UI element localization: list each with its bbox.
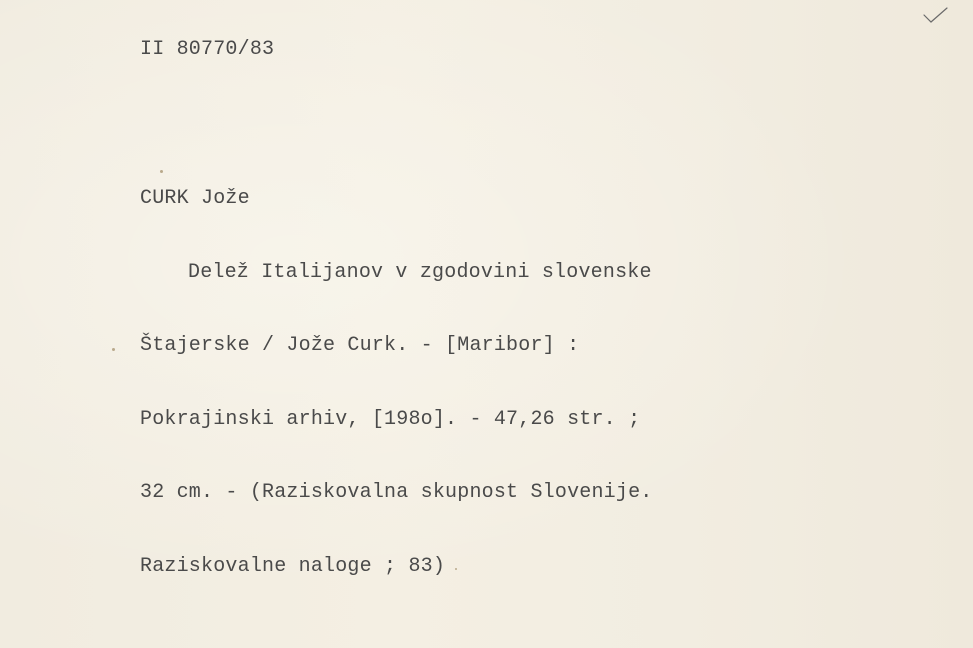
author-heading: CURK Jože bbox=[140, 187, 652, 212]
publication-line: Pokrajinski arhiv, [198o]. - 47,26 str. … bbox=[140, 408, 652, 433]
title-line: Delež Italijanov v zgodovini slovenske bbox=[140, 261, 652, 286]
check-mark-icon bbox=[922, 6, 948, 24]
dimensions-series-line: 32 cm. - (Raziskovalna skupnost Slovenij… bbox=[140, 481, 652, 506]
paper-speck bbox=[455, 568, 457, 570]
call-number: II 80770/83 bbox=[140, 38, 274, 63]
title-continuation-line: Štajerske / Jože Curk. - [Maribor] : bbox=[140, 334, 652, 359]
paper-speck bbox=[160, 170, 163, 173]
catalog-entry: CURK Jože Delež Italijanov v zgodovini s… bbox=[140, 138, 652, 628]
paper-speck bbox=[112, 348, 115, 351]
series-line: Raziskovalne naloge ; 83) bbox=[140, 555, 652, 580]
catalog-card: II 80770/83 CURK Jože Delež Italijanov v… bbox=[0, 0, 973, 648]
